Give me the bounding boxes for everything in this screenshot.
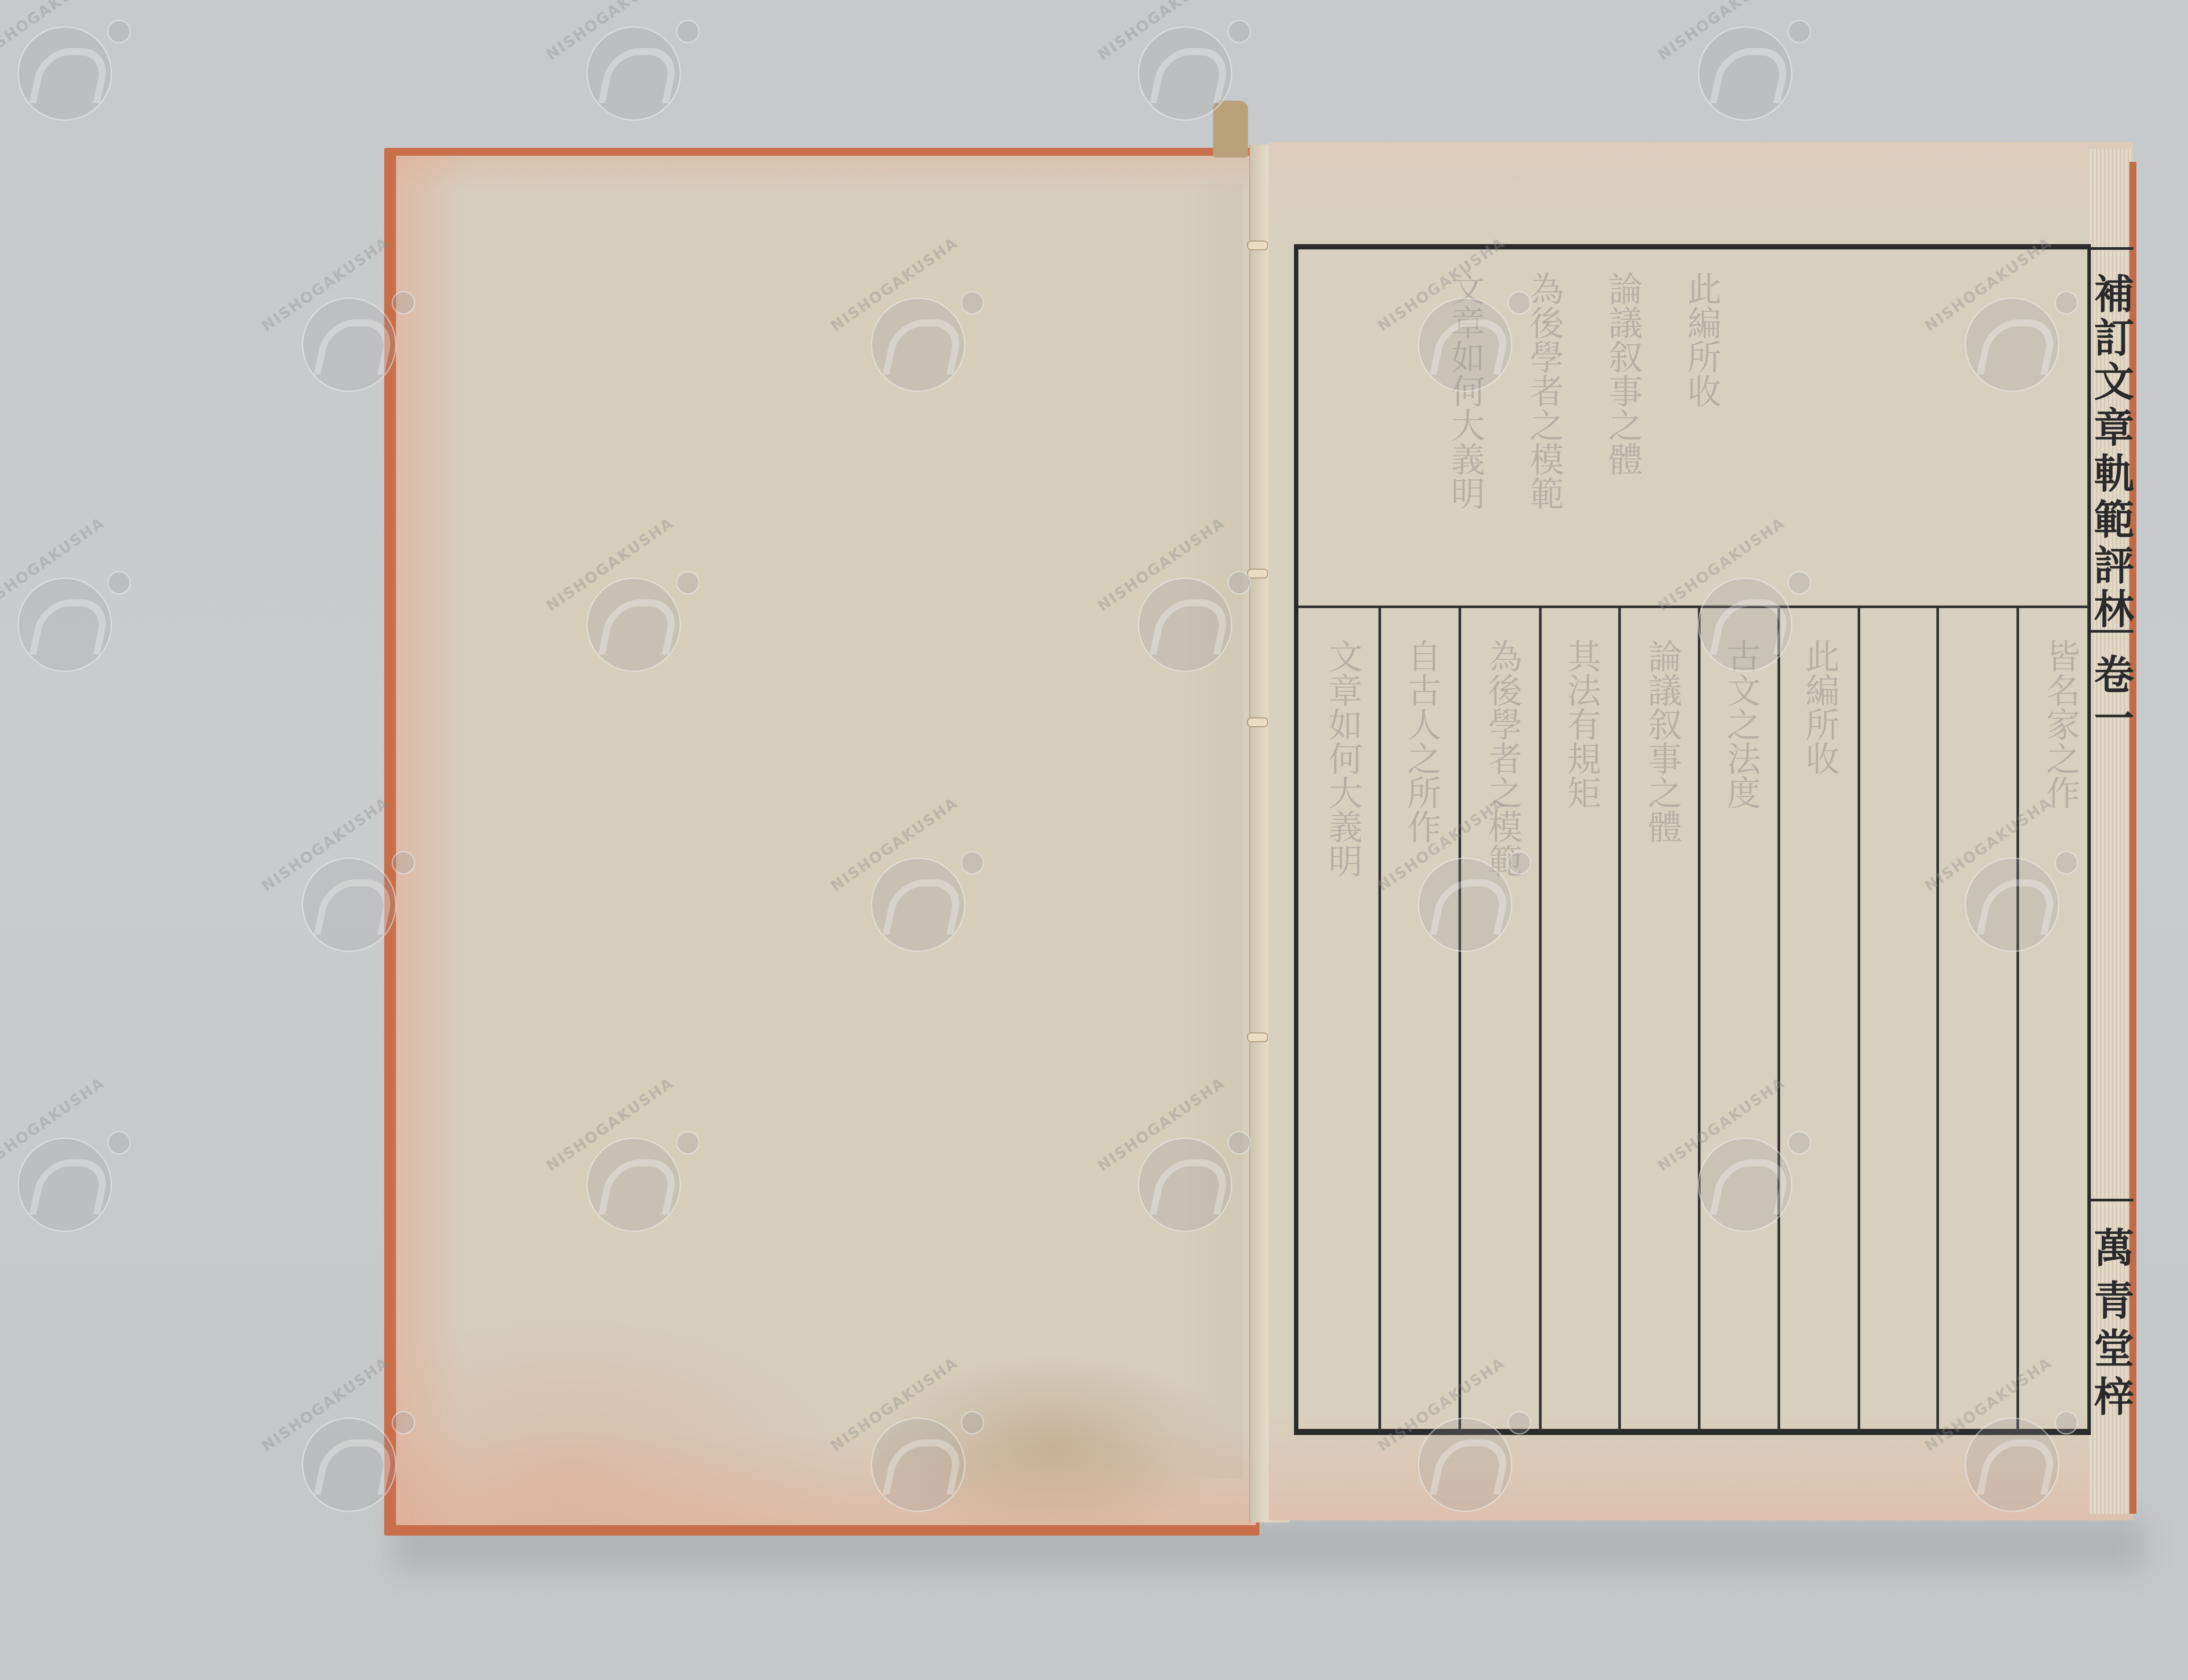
stitch-3-icon — [1247, 717, 1268, 727]
edge-rule — [2090, 630, 2133, 633]
nishogakusha-watermark-icon: NISHOGAKUSHA — [1400, 831, 1532, 962]
nishogakusha-watermark-icon: NISHOGAKUSHA — [1400, 271, 1532, 402]
edge-title-char: 林 — [2094, 577, 2133, 635]
column-rule — [1858, 608, 1860, 1433]
column-rule — [1459, 608, 1461, 1433]
column-rule — [1539, 608, 1542, 1433]
nishogakusha-watermark-icon: NISHOGAKUSHA — [1120, 1111, 1252, 1242]
column-rule — [1778, 608, 1780, 1433]
ghost-text-column: 皆名家之作 — [2039, 639, 2081, 809]
ghost-headnote: 此編所收 — [1680, 271, 1722, 408]
nishogakusha-watermark-icon: NISHOGAKUSHA — [1947, 271, 2079, 402]
column-rule — [1698, 608, 1701, 1433]
ghost-text-column: 自古人之所作 — [1400, 639, 1442, 843]
nishogakusha-watermark-icon: NISHOGAKUSHA — [284, 831, 416, 962]
nishogakusha-watermark-icon: NISHOGAKUSHA — [284, 1391, 416, 1522]
nishogakusha-watermark-icon: NISHOGAKUSHA — [1120, 0, 1252, 131]
column-rule — [1378, 608, 1381, 1433]
nishogakusha-watermark-icon: NISHOGAKUSHA — [853, 1391, 985, 1522]
printed-frame-right-rule — [2087, 244, 2091, 1435]
edge-top-rule — [2090, 247, 2133, 250]
stitch-4-icon — [1247, 1032, 1268, 1042]
nishogakusha-watermark-icon: NISHOGAKUSHA — [1400, 1391, 1532, 1522]
nishogakusha-watermark-icon: NISHOGAKUSHA — [569, 551, 700, 682]
edge-volume-char: 一 — [2094, 687, 2133, 745]
ghost-text-column: 論議叙事之體 — [1641, 639, 1683, 843]
nishogakusha-watermark-icon: NISHOGAKUSHA — [569, 0, 700, 131]
nishogakusha-watermark-icon: NISHOGAKUSHA — [1680, 551, 1812, 682]
nishogakusha-watermark-icon: NISHOGAKUSHA — [284, 271, 416, 402]
nishogakusha-watermark-icon: NISHOGAKUSHA — [1680, 1111, 1812, 1242]
column-rule — [1618, 608, 1621, 1433]
nishogakusha-watermark-icon: NISHOGAKUSHA — [0, 551, 131, 682]
nishogakusha-watermark-icon: NISHOGAKUSHA — [1947, 1391, 2079, 1522]
ghost-headnote: 論議叙事之體 — [1602, 271, 1644, 476]
ghost-text-column: 文章如何大義明 — [1322, 639, 1364, 878]
edge-rule — [2090, 1199, 2133, 1201]
nishogakusha-watermark-icon: NISHOGAKUSHA — [1947, 831, 2079, 962]
column-rule — [2016, 608, 2019, 1433]
nishogakusha-watermark-icon: NISHOGAKUSHA — [569, 1111, 700, 1242]
stitch-1-icon — [1247, 241, 1268, 250]
nishogakusha-watermark-icon: NISHOGAKUSHA — [853, 831, 985, 962]
ghost-text-column: 其法有規矩 — [1560, 639, 1602, 809]
nishogakusha-watermark-icon: NISHOGAKUSHA — [0, 0, 131, 131]
nishogakusha-watermark-icon: NISHOGAKUSHA — [1120, 551, 1252, 682]
nishogakusha-watermark-icon: NISHOGAKUSHA — [0, 1111, 131, 1242]
edge-publisher-char: 萬 — [2094, 1216, 2133, 1274]
edge-publisher-char: 梓 — [2094, 1365, 2133, 1423]
column-rule — [1936, 608, 1939, 1433]
nishogakusha-watermark-icon: NISHOGAKUSHA — [853, 271, 985, 402]
nishogakusha-watermark-icon: NISHOGAKUSHA — [1680, 0, 1812, 131]
left-page-inner — [455, 184, 1243, 1479]
